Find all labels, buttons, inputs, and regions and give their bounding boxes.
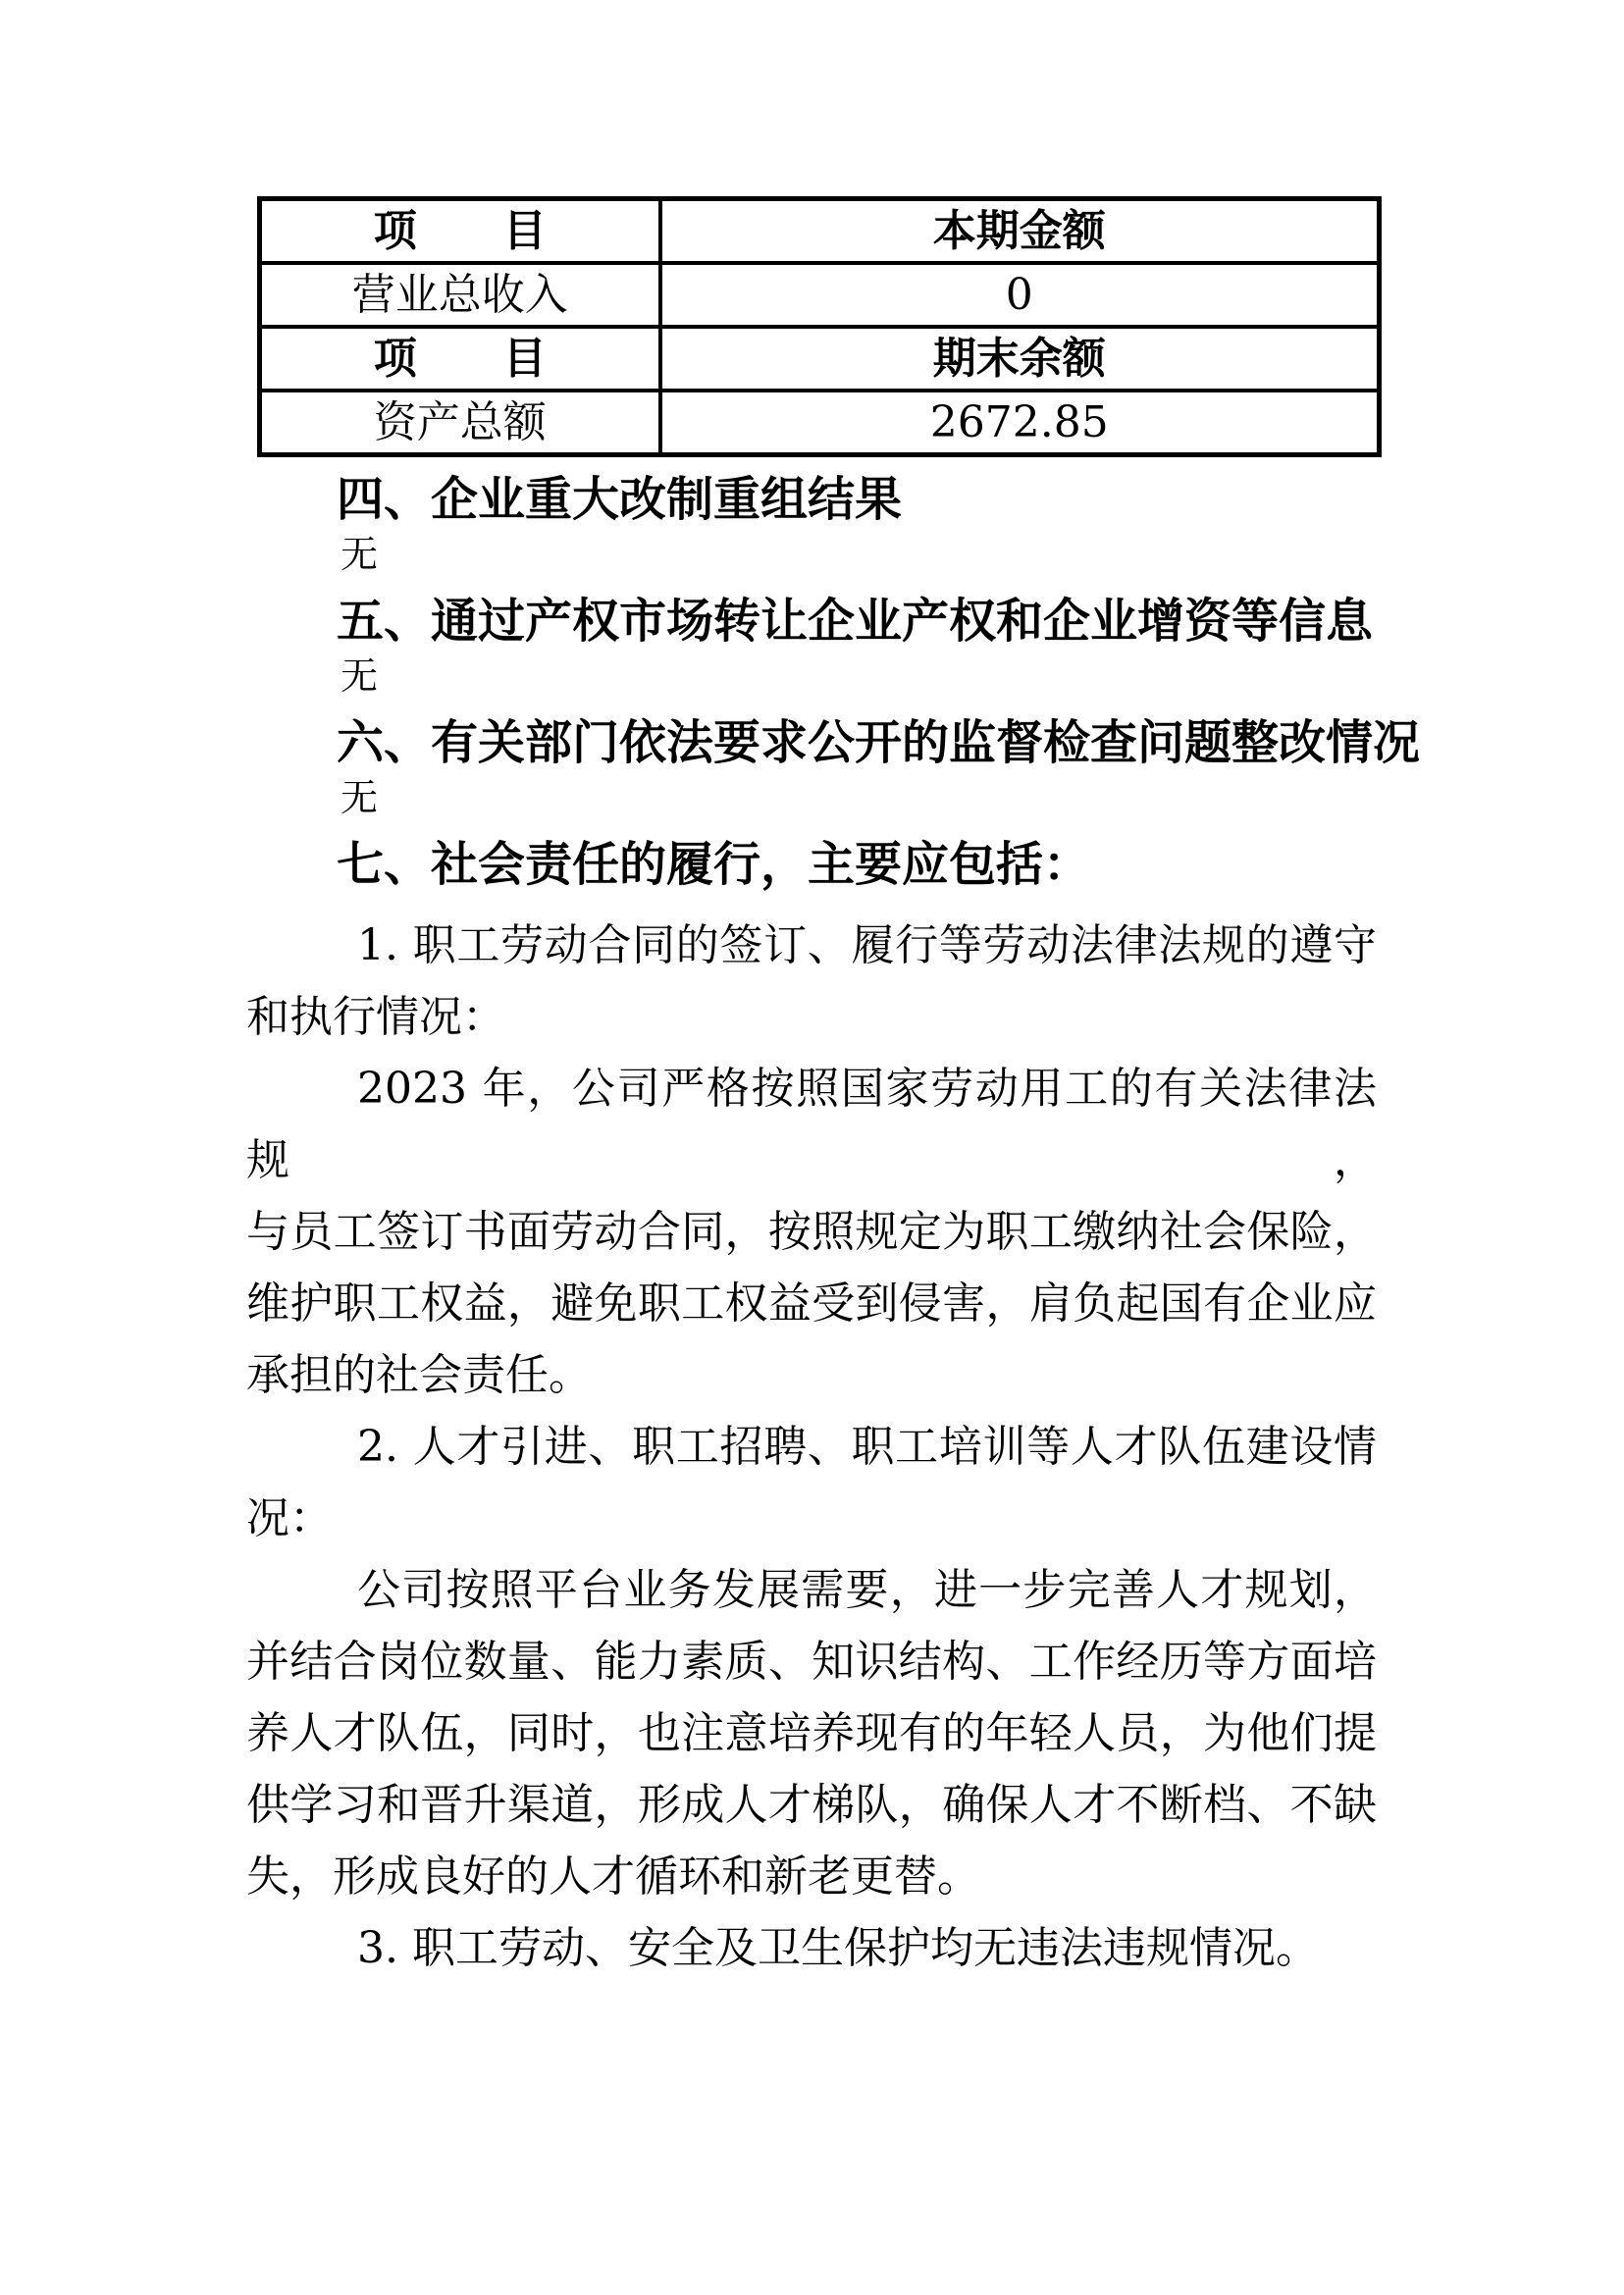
table-header-item-label: 项 目 [260, 199, 660, 264]
section-heading-6: 六、有关部门依法要求公开的监督检查问题整改情况 [337, 712, 1624, 773]
section-content-none: 无 [341, 773, 1624, 822]
financial-summary-table: 项 目 本期金额 营业总收入 0 项 目 期末余额 资产总额 2672.85 [257, 196, 1382, 457]
body-line: 2. 人才引进、职工招聘、职工培训等人才队伍建设情 [246, 1411, 1377, 1483]
section-7-body: 1. 职工劳动合同的签订、履行等劳动法律法规的遵守 和执行情况： 2023 年，… [246, 910, 1377, 1984]
table-row: 营业总收入 0 [260, 263, 1380, 327]
body-line: 供学习和晋升渠道，形成人才梯队，确保人才不断档、不缺 [246, 1769, 1377, 1841]
section-content-none: 无 [341, 530, 1624, 579]
table-cell-total-assets-value: 2672.85 [660, 391, 1380, 455]
table-cell-total-assets: 资产总额 [260, 391, 660, 455]
body-line: 并结合岗位数量、能力素质、知识结构、工作经历等方面培 [246, 1626, 1377, 1697]
table-row: 项 目 本期金额 [260, 199, 1380, 264]
table-header-current-amount: 本期金额 [660, 199, 1380, 264]
table-cell-total-operating-revenue-value: 0 [660, 263, 1380, 327]
table-header-item-label: 项 目 [260, 327, 660, 391]
table-cell-total-operating-revenue: 营业总收入 [260, 263, 660, 327]
body-line: 承担的社会责任。 [246, 1339, 1377, 1411]
body-line: 失，形成良好的人才循环和新老更替。 [246, 1841, 1377, 1912]
table-row: 项 目 期末余额 [260, 327, 1380, 391]
table-row: 资产总额 2672.85 [260, 391, 1380, 455]
body-line: 与员工签订书面劳动合同，按照规定为职工缴纳社会保险， [246, 1196, 1377, 1268]
body-line: 2023 年，公司严格按照国家劳动用工的有关法律法规， [246, 1053, 1377, 1196]
body-line: 养人才队伍，同时，也注意培养现有的年轻人员，为他们提 [246, 1697, 1377, 1769]
body-line: 3. 职工劳动、安全及卫生保护均无违法违规情况。 [246, 1912, 1377, 1984]
body-line: 和执行情况： [246, 981, 1377, 1053]
table-header-ending-balance: 期末余额 [660, 327, 1380, 391]
body-line: 维护职工权益，避免职工权益受到侵害，肩负起国有企业应 [246, 1268, 1377, 1339]
body-line: 况： [246, 1483, 1377, 1554]
section-heading-7: 七、社会责任的履行，主要应包括： [337, 834, 1624, 895]
section-heading-4: 四、企业重大改制重组结果 [337, 469, 1624, 530]
document-page: 项 目 本期金额 营业总收入 0 项 目 期末余额 资产总额 2672.85 四… [0, 0, 1624, 2295]
section-heading-5: 五、通过产权市场转让企业产权和企业增资等信息 [337, 591, 1624, 652]
section-content-none: 无 [341, 652, 1624, 701]
body-line: 1. 职工劳动合同的签订、履行等劳动法律法规的遵守 [246, 910, 1377, 981]
body-line: 公司按照平台业务发展需要，进一步完善人才规划， [246, 1554, 1377, 1626]
